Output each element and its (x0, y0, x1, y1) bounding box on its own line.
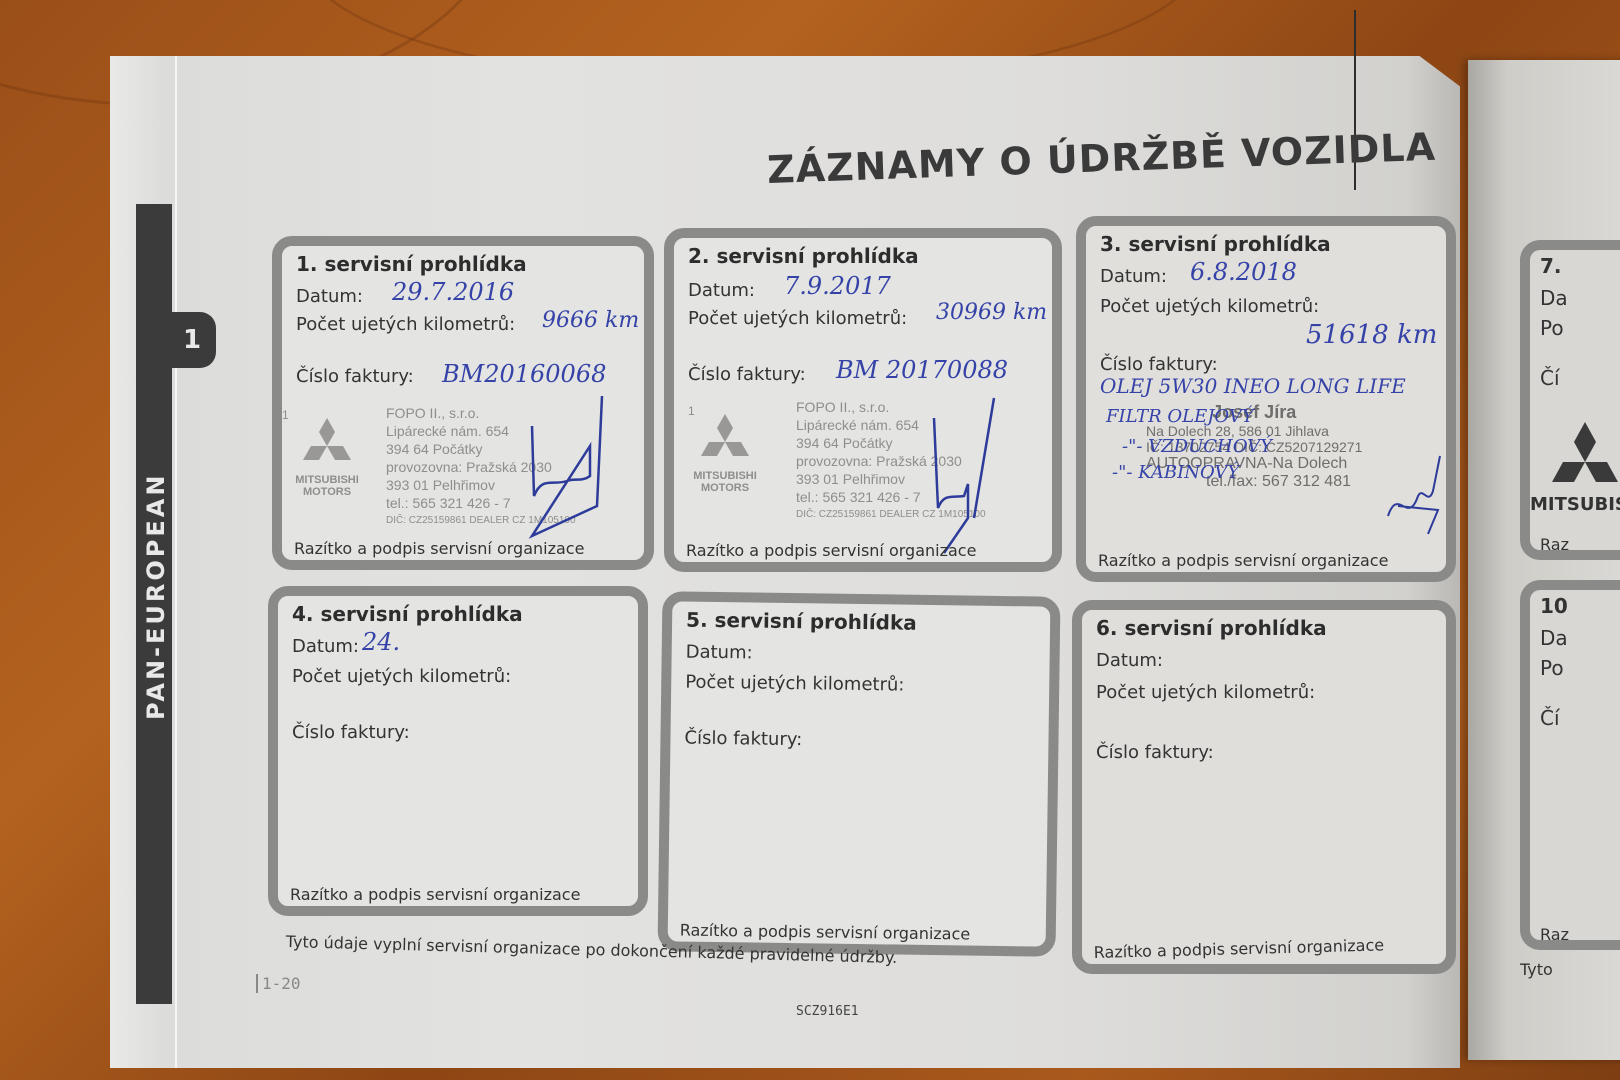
logo-text: MOTORS (292, 486, 362, 498)
next-fragment: Po (1540, 316, 1564, 340)
stamp-line: 394 64 Počátky (796, 434, 986, 452)
note-line: OLEJ 5W30 INEO LONG LIFE (1100, 374, 1406, 398)
stamp-caption: Razítko a podpis servisní organizace (680, 921, 971, 944)
date-value: 29.7.2016 (392, 278, 514, 306)
logo-text: MITSUBISHI (292, 474, 362, 486)
invoice-value: BM 20170088 (836, 356, 1008, 384)
invoice-label: Číslo faktury: (688, 364, 806, 385)
mitsubishi-logo-icon: MITSUBISHI MOTORS (292, 418, 362, 498)
date-label: Datum: (296, 286, 363, 307)
note-line: FILTR OLEJOVÝ (1106, 406, 1254, 427)
note-line: -"- VZDUCHOVÝ (1122, 436, 1272, 457)
page-gutter (1460, 64, 1463, 1064)
date-label: Datum: (688, 280, 755, 301)
note-line: -"- KABINOVÝ (1112, 462, 1239, 483)
card-heading: 5. servisní prohlídka (686, 608, 917, 635)
date-value: 6.8.2018 (1190, 258, 1297, 286)
mitsubishi-logo-icon: MITSUBISHI (1530, 420, 1620, 515)
card-heading: 2. servisní prohlídka (688, 244, 919, 268)
next-page: 7. Da Po Čí MITSUBISHI Raz 10 Da Po Čí R… (1468, 60, 1620, 1060)
service-card-5: 5. servisní prohlídka Datum: Počet ujetý… (658, 591, 1061, 957)
page-fold (175, 56, 177, 1068)
date-label: Datum: (1096, 650, 1163, 671)
invoice-label: Číslo faktury: (1096, 742, 1214, 763)
date-value: 7.9.2017 (784, 272, 891, 300)
invoice-label: Číslo faktury: (296, 366, 414, 387)
stamp-caption: Razítko a podpis servisní organizace (1098, 551, 1388, 570)
stamp-line: Lipárecké nám. 654 (386, 422, 576, 440)
stamp-dic: DIČ: CZ25159861 DEALER CZ 1M105100 (796, 506, 986, 524)
stamp-line: 393 01 Pelhřimov (386, 476, 576, 494)
km-label: Počet ujetých kilometrů: (1100, 296, 1319, 317)
next-card-10: 10 Da Po Čí Raz (1520, 580, 1620, 950)
service-card-1: 1. servisní prohlídka Datum: 29.7.2016 P… (272, 236, 654, 570)
invoice-value: BM20160068 (442, 360, 606, 388)
card-heading: 4. servisní prohlídka (292, 602, 523, 626)
logo-text: MOTORS (690, 482, 760, 494)
date-label: Datum: (1100, 266, 1167, 287)
stamp-line: 393 01 Pelhřimov (796, 470, 986, 488)
stamp-line: FOPO II., s.r.o. (386, 404, 576, 422)
next-fragment: Po (1540, 656, 1564, 680)
service-card-2: 2. servisní prohlídka Datum: 7.9.2017 Po… (664, 228, 1062, 572)
km-label: Počet ujetých kilometrů: (1096, 682, 1315, 703)
next-fragment: Čí (1540, 366, 1560, 390)
signature-icon (1378, 446, 1448, 536)
side-label: PAN-EUROPEAN (142, 473, 170, 720)
card-heading: 3. servisní prohlídka (1100, 232, 1331, 256)
next-fragment: Raz (1540, 535, 1569, 554)
service-card-4: 4. servisní prohlídka Datum: 24. Počet u… (268, 586, 648, 916)
stamp-line: provozovna: Pražská 2030 (386, 458, 576, 476)
date-value: 24. (362, 628, 400, 656)
km-label: Počet ujetých kilometrů: (685, 672, 904, 696)
next-fragment: Čí (1540, 706, 1560, 730)
invoice-label: Číslo faktury: (1100, 354, 1218, 375)
next-fragment: Raz (1540, 925, 1569, 944)
next-card-7-heading: 7. (1540, 254, 1562, 278)
card-heading: 6. servisní prohlídka (1096, 616, 1327, 640)
card-heading: 1. servisní prohlídka (296, 252, 527, 276)
next-fragment: Da (1540, 626, 1568, 650)
date-label: Datum: (292, 636, 359, 657)
stamp-caption: Razítko a podpis servisní organizace (686, 541, 976, 560)
km-value: 51618 km (1306, 320, 1437, 350)
stamp-line: provozovna: Pražská 2030 (796, 452, 986, 470)
stamp-line: FOPO II., s.r.o. (796, 398, 986, 416)
stamp-line: Lipárecké nám. 654 (796, 416, 986, 434)
km-label: Počet ujetých kilometrů: (688, 308, 907, 329)
service-card-3: 3. servisní prohlídka Datum: 6.8.2018 Po… (1076, 216, 1456, 582)
stamp-caption: Razítko a podpis servisní organizace (294, 539, 584, 558)
document-code: SCZ916E1 (796, 1004, 859, 1019)
dealer-stamp: FOPO II., s.r.o. Lipárecké nám. 654 394 … (796, 398, 986, 524)
next-card-10-heading: 10 (1540, 594, 1568, 618)
stamp-line: tel.: 565 321 426 - 7 (796, 488, 986, 506)
logo-text: MITSUBISHI (1530, 494, 1620, 515)
stamp-caption: Razítko a podpis servisní organizace (1094, 935, 1385, 962)
km-value: 9666 km (542, 308, 639, 333)
dealer-stamp: FOPO II., s.r.o. Lipárecké nám. 654 394 … (386, 404, 576, 530)
stamp-marker: 1 (282, 406, 289, 424)
invoice-label: Číslo faktury: (684, 728, 802, 751)
stamp-line: tel.: 565 321 426 - 7 (386, 494, 576, 512)
next-fragment: Da (1540, 286, 1568, 310)
service-card-6: 6. servisní prohlídka Datum: Počet ujetý… (1072, 600, 1456, 974)
stamp-caption: Razítko a podpis servisní organizace (290, 885, 580, 904)
stamp-dic: DIČ: CZ25159861 DEALER CZ 1M105100 (386, 512, 576, 530)
stamp-line: 394 64 Počátky (386, 440, 576, 458)
chapter-tab: 1 (168, 312, 216, 368)
next-footnote: Tyto (1520, 960, 1553, 979)
km-label: Počet ujetých kilometrů: (292, 666, 511, 687)
date-label: Datum: (686, 642, 753, 664)
logo-text: MITSUBISHI (690, 470, 760, 482)
km-value: 30969 km (936, 300, 1047, 325)
page-number: 1-20 (256, 974, 301, 993)
km-label: Počet ujetých kilometrů: (296, 314, 515, 335)
next-card-7: 7. Da Po Čí MITSUBISHI Raz (1520, 240, 1620, 560)
mitsubishi-logo-icon: MITSUBISHI MOTORS (690, 414, 760, 494)
invoice-label: Číslo faktury: (292, 722, 410, 743)
